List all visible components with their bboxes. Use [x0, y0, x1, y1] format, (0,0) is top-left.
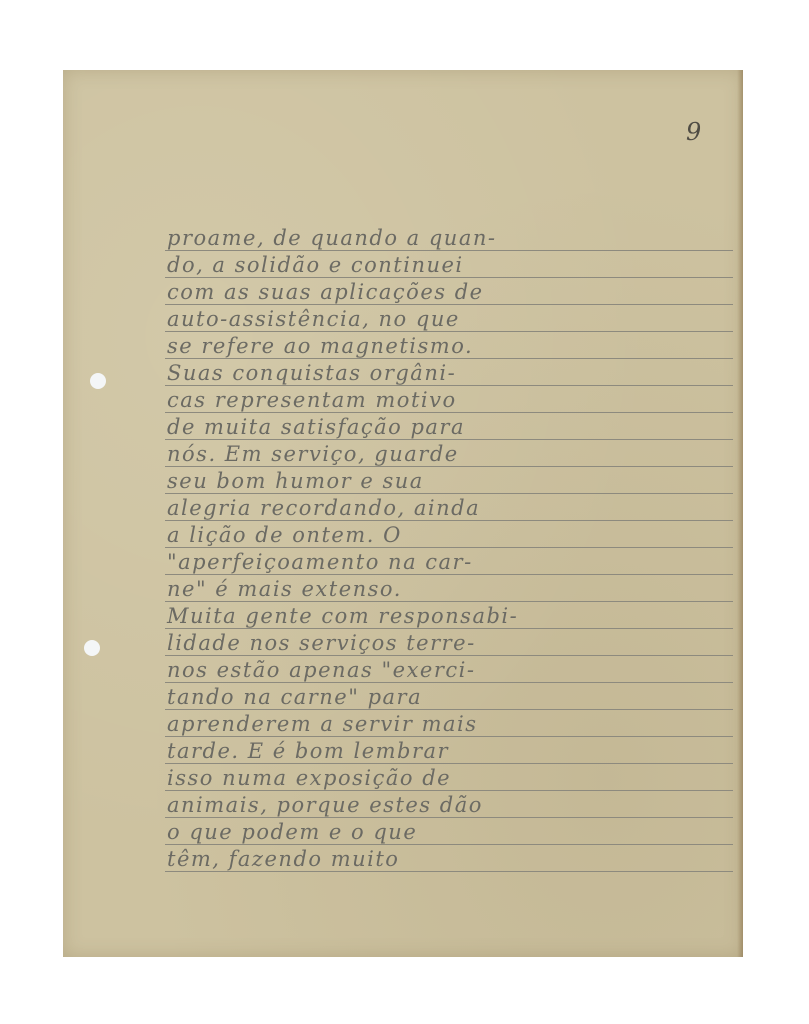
text-line: nos estão apenas "exerci- [165, 656, 733, 683]
text-line: se refere ao magnetismo. [165, 332, 733, 359]
line-text: animais, porque estes dão [167, 794, 483, 816]
text-line: têm, fazendo muito [165, 845, 733, 872]
text-line: com as suas aplicações de [165, 278, 733, 305]
text-line: auto-assistência, no que [165, 305, 733, 332]
page-number: 9 [686, 118, 701, 146]
line-text: ne" é mais extenso. [167, 578, 402, 600]
text-line: ne" é mais extenso. [165, 575, 733, 602]
line-text: tando na carne" para [167, 686, 422, 708]
text-line: Suas conquistas orgâni- [165, 359, 733, 386]
line-text: seu bom humor e sua [167, 470, 424, 492]
text-line: alegria recordando, ainda [165, 494, 733, 521]
line-text: o que podem e o que [167, 821, 417, 843]
line-text: auto-assistência, no que [167, 308, 460, 330]
text-line: cas representam motivo [165, 386, 733, 413]
text-line: lidade nos serviços terre- [165, 629, 733, 656]
line-text: aprenderem a servir mais [167, 713, 478, 735]
line-text: têm, fazendo muito [167, 848, 399, 870]
line-text: alegria recordando, ainda [167, 497, 480, 519]
text-line: aprenderem a servir mais [165, 710, 733, 737]
text-line: isso numa exposição de [165, 764, 733, 791]
text-line: de muita satisfação para [165, 413, 733, 440]
line-text: do, a solidão e continuei [167, 254, 464, 276]
line-text: nós. Em serviço, guarde [167, 443, 459, 465]
line-text: cas representam motivo [167, 389, 457, 411]
line-text: Suas conquistas orgâni- [167, 362, 456, 384]
line-text: "aperfeiçoamento na car- [167, 551, 473, 573]
text-line: tando na carne" para [165, 683, 733, 710]
line-text: isso numa exposição de [167, 767, 451, 789]
text-line: do, a solidão e continuei [165, 251, 733, 278]
line-text: proame, de quando a quan- [167, 227, 496, 249]
line-text: com as suas aplicações de [167, 281, 484, 303]
text-line: animais, porque estes dão [165, 791, 733, 818]
text-line: Muita gente com responsabi- [165, 602, 733, 629]
text-line: nós. Em serviço, guarde [165, 440, 733, 467]
line-text: tarde. E é bom lembrar [167, 740, 449, 762]
line-text: a lição de ontem. O [167, 524, 402, 546]
line-text: Muita gente com responsabi- [167, 605, 518, 627]
line-text: nos estão apenas "exerci- [167, 659, 475, 681]
punch-hole-top [90, 373, 106, 389]
line-text: lidade nos serviços terre- [167, 632, 476, 654]
manuscript-page: 9 proame, de quando a quan- do, a solidã… [63, 70, 743, 957]
text-line: proame, de quando a quan- [165, 220, 733, 251]
text-line: seu bom humor e sua [165, 467, 733, 494]
handwritten-text-block: proame, de quando a quan- do, a solidão … [165, 220, 733, 872]
text-line: tarde. E é bom lembrar [165, 737, 733, 764]
punch-hole-bottom [84, 640, 100, 656]
line-text: se refere ao magnetismo. [167, 335, 473, 357]
text-line: a lição de ontem. O [165, 521, 733, 548]
text-line: o que podem e o que [165, 818, 733, 845]
line-text: de muita satisfação para [167, 416, 465, 438]
text-line: "aperfeiçoamento na car- [165, 548, 733, 575]
